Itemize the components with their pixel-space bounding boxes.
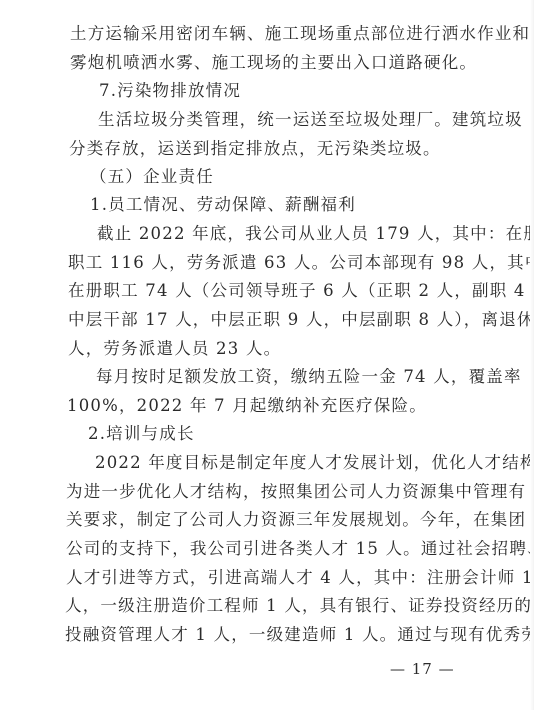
- text-line: 土方运输采用密闭车辆、施工现场重点部位进行洒水作业和: [70, 24, 530, 44]
- document-page: 土方运输采用密闭车辆、施工现场重点部位进行洒水作业和雾炮机喷洒水雾、施工现场的主…: [0, 0, 534, 710]
- text-line: 生活垃圾分类管理，统一运送至垃圾处理厂。建筑垃圾: [98, 110, 523, 130]
- text-line: 7.污染物排放情况: [99, 81, 241, 101]
- text-line: 100%，2022 年 7 月起缴纳补充医疗保险。: [67, 396, 427, 416]
- text-line: 人，一级注册造价工程师 1 人，具有银行、证券投资经历的: [65, 596, 532, 616]
- text-line: 雾炮机喷洒水雾、施工现场的主要出入口道路硬化。: [70, 53, 477, 73]
- text-line: 人才引进等方式，引进高端人才 4 人，其中：注册会计师 1: [66, 568, 534, 588]
- text-line: 人，劳务派遣人员 23 人。: [68, 339, 281, 359]
- text-line: 分类存放，运送到指定排放点，无污染类垃圾。: [69, 139, 441, 159]
- text-line: 2022 年度目标是制定年度人才发展计划，优化人才结构。: [95, 453, 534, 473]
- text-line: 为进一步优化人才结构，按照集团公司人力资源集中管理有: [66, 482, 526, 502]
- scan-edge: [530, 0, 534, 710]
- text-line: 职工 116 人，劳务派遣 63 人。公司本部现有 98 人，其中：: [68, 253, 534, 273]
- text-line: 公司的支持下，我公司引进各类人才 15 人。通过社会招聘、: [66, 539, 534, 559]
- text-line: 截止 2022 年底，我公司从业人员 179 人，其中：在册: [97, 224, 534, 244]
- text-line: 每月按时足额发放工资，缴纳五险一金 74 人，覆盖率: [96, 367, 522, 387]
- text-line: 2.培训与成长: [88, 424, 195, 444]
- text-line: 关要求，制定了公司人力资源三年发展规划。今年，在集团: [66, 510, 526, 530]
- text-line: （五）企业责任: [90, 167, 214, 187]
- text-line: 在册职工 74 人（公司领导班子 6 人（正职 2 人，副职 4 人）;: [68, 281, 534, 301]
- text-line: 投融资管理人才 1 人，一级建造师 1 人。通过与现有优秀劳: [65, 625, 534, 645]
- page-number: — 17 —: [390, 660, 455, 678]
- text-line: 中层干部 17 人，中层正职 9 人，中层副职 8 人），离退休 1: [68, 310, 534, 330]
- text-line: 1.员工情况、劳动保障、薪酬福利: [90, 195, 356, 215]
